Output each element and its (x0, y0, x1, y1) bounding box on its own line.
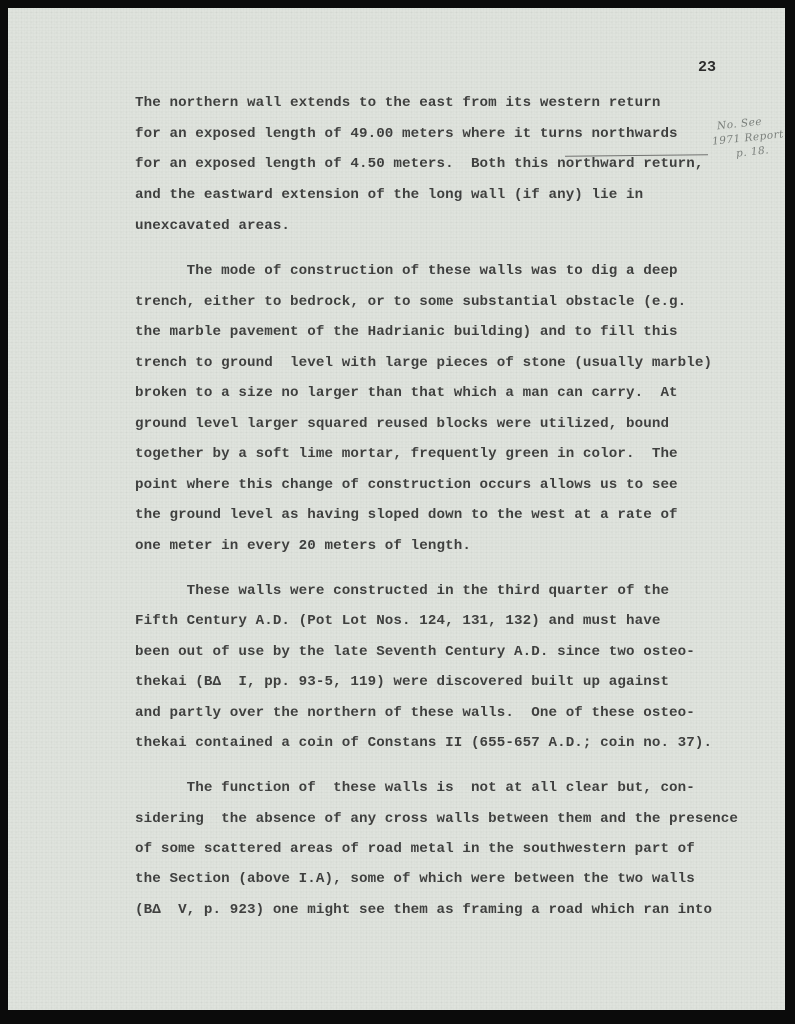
paragraph-2-line-2: trench, either to bedrock, or to some su… (135, 294, 686, 310)
paragraph-3-line-4: thekai (BΔ I, pp. 93-5, 119) were discov… (135, 674, 669, 690)
paragraph-3-line-2: Fifth Century A.D. (Pot Lot Nos. 124, 13… (135, 613, 660, 629)
paragraph-4-line-2: sidering the absence of any cross walls … (135, 811, 738, 827)
paragraph-3-line-1: These walls were constructed in the thir… (135, 583, 669, 599)
paragraph-1-line-1: The northern wall extends to the east fr… (135, 95, 660, 111)
handwritten-note-line-3: p. 18. (735, 144, 769, 159)
paragraph-3-line-6: thekai contained a coin of Constans II (… (135, 735, 712, 751)
paragraph-2-line-3: the marble pavement of the Hadrianic bui… (135, 324, 678, 340)
paragraph-2-line-6: ground level larger squared reused block… (135, 416, 669, 432)
paragraph-1-line-3: for an exposed length of 4.50 meters. Bo… (135, 156, 704, 172)
paragraph-2-line-8: point where this change of construction … (135, 477, 678, 493)
paragraph-2-line-7: together by a soft lime mortar, frequent… (135, 446, 678, 462)
paragraph-4-line-5: (BΔ V, p. 923) one might see them as fra… (135, 902, 712, 918)
paragraph-4-line-1: The function of these walls is not at al… (135, 780, 695, 796)
document-page: 23 The northern wall extends to the east… (8, 8, 785, 1010)
paragraph-2-line-9: the ground level as having sloped down t… (135, 507, 678, 523)
paragraph-2-line-5: broken to a size no larger than that whi… (135, 385, 678, 401)
paragraph-2-line-4: trench to ground level with large pieces… (135, 355, 712, 371)
paragraph-3-line-3: been out of use by the late Seventh Cent… (135, 644, 695, 660)
page-number: 23 (698, 59, 716, 76)
handwritten-note-line-1: No. See (716, 116, 762, 133)
paragraph-3-line-5: and partly over the northern of these wa… (135, 705, 695, 721)
paragraph-1-line-2: for an exposed length of 49.00 meters wh… (135, 126, 678, 142)
paragraph-2-line-10: one meter in every 20 meters of length. (135, 538, 471, 554)
paragraph-4-line-3: of some scattered areas of road metal in… (135, 841, 695, 857)
paragraph-1-line-5: unexcavated areas. (135, 218, 290, 234)
paragraph-2-line-1: The mode of construction of these walls … (135, 263, 678, 279)
paragraph-4-line-4: the Section (above I.A), some of which w… (135, 871, 695, 887)
paragraph-1-line-4: and the eastward extension of the long w… (135, 187, 643, 203)
